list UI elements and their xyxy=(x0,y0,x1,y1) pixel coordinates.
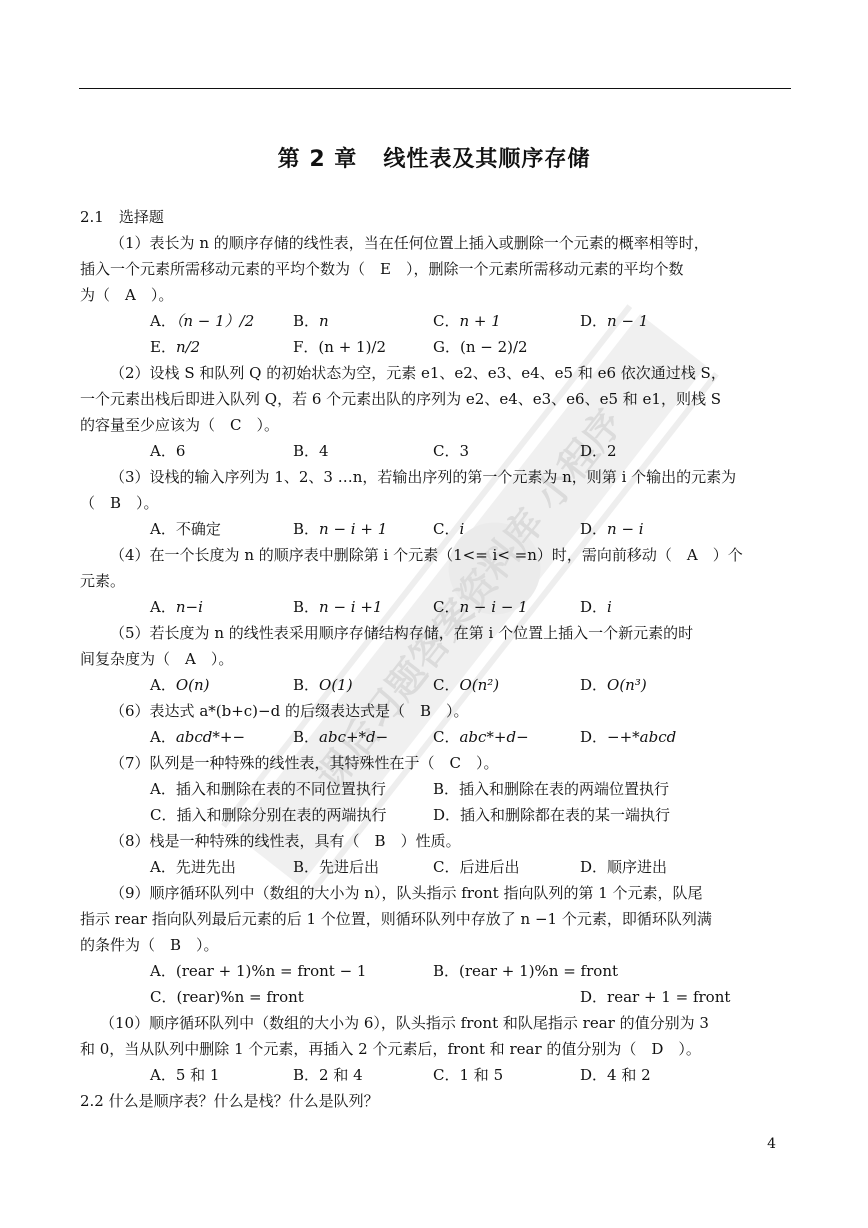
question-10-line-1: （10）顺序循环队列中（数组的大小为 6），队头指示 front 和队尾指示 r… xyxy=(100,1013,709,1033)
question-3-line-1: （3）设栈的输入序列为 1、2、3 …n，若输出序列的第一个元素为 n，则第 i… xyxy=(110,467,736,487)
question-2-line-3: 的容量至少应该为（ C ）。 xyxy=(80,415,279,435)
option-a: A．n−i xyxy=(150,597,203,617)
question-1-line-3: 为（ A ）。 xyxy=(80,285,173,305)
option-b: B．abc+*d− xyxy=(293,727,388,747)
option-c: C．O(n²) xyxy=(433,675,499,695)
option-a: A．5 和 1 xyxy=(150,1065,219,1085)
option-b: B．O(1) xyxy=(293,675,353,695)
question-1-line-1: （1）表长为 n 的顺序存储的线性表，当在任何位置上插入或删除一个元素的概率相等… xyxy=(110,233,709,253)
option-b: B．先进后出 xyxy=(293,857,379,877)
option-c: C．(rear)%n = front xyxy=(150,987,304,1007)
option-b: B．n xyxy=(293,311,329,331)
option-d: D．n − i xyxy=(580,519,644,539)
option-d: D．n − 1 xyxy=(580,311,648,331)
option-d: D．i xyxy=(580,597,612,617)
option-c: C．n − i − 1 xyxy=(433,597,528,617)
question-2-line-2: 一个元素出栈后即进入队列 Q，若 6 个元素出队的序列为 e2、e4、e3、e6… xyxy=(80,389,721,409)
question-6-line-1: （6）表达式 a*(b+c)−d 的后缀表达式是（ B ）。 xyxy=(110,701,469,721)
option-a: A．（n − 1）/2 xyxy=(150,311,254,331)
option-c: C．n + 1 xyxy=(433,311,501,331)
option-d: D．rear + 1 = front xyxy=(580,987,730,1007)
option-c: C．i xyxy=(433,519,464,539)
question-2-line-1: （2）设栈 S 和队列 Q 的初始状态为空，元素 e1、e2、e3、e4、e5 … xyxy=(110,363,726,383)
option-d: D．插入和删除都在表的某一端执行 xyxy=(433,805,670,825)
page-number: 4 xyxy=(767,1136,776,1152)
option-a: A．6 xyxy=(150,441,185,461)
option-d: D．顺序进出 xyxy=(580,857,667,877)
option-a: A．(rear + 1)%n = front − 1 xyxy=(150,961,366,981)
question-9-line-1: （9）顺序循环队列中（数组的大小为 n），队头指示 front 指向队列的第 1… xyxy=(110,883,703,903)
chapter-number: 第 2 章 xyxy=(278,147,358,172)
option-a: A．O(n) xyxy=(150,675,210,695)
option-a: A．abcd*+− xyxy=(150,727,245,747)
option-b: B．n − i +1 xyxy=(293,597,382,617)
question-5-line-1: （5）若长度为 n 的线性表采用顺序存储结构存储，在第 i 个位置上插入一个新元… xyxy=(110,623,693,643)
question-10-line-2: 和 0，当从队列中删除 1 个元素，再插入 2 个元素后，front 和 rea… xyxy=(80,1039,701,1059)
question-7-line-1: （7）队列是一种特殊的线性表，其特殊性在于（ C ）。 xyxy=(110,753,499,773)
option-d: D．−+*abcd xyxy=(580,727,676,747)
question-9-line-2: 指示 rear 指向队列最后元素的后 1 个位置，则循环队列中存放了 n −1 … xyxy=(80,909,712,929)
option-b: B．n − i + 1 xyxy=(293,519,387,539)
question-8-line-1: （8）栈是一种特殊的线性表，具有（ B ）性质。 xyxy=(110,831,461,851)
question-4-line-2: 元素。 xyxy=(80,571,125,591)
option-e: E．n/2 xyxy=(150,337,200,357)
question-5-line-2: 间复杂度为（ A ）。 xyxy=(80,649,233,669)
chapter-title: 第 2 章线性表及其顺序存储 xyxy=(0,142,868,173)
question-4-line-1: （4）在一个长度为 n 的顺序表中删除第 i 个元素（1<= i< =n）时，需… xyxy=(110,545,743,565)
option-b: B．4 xyxy=(293,441,329,461)
option-b: B．2 和 4 xyxy=(293,1065,363,1085)
option-a: A．插入和删除在表的不同位置执行 xyxy=(150,779,386,799)
chapter-name: 线性表及其顺序存储 xyxy=(383,147,590,172)
header-rule xyxy=(79,88,791,89)
option-c: C．abc*+d− xyxy=(433,727,529,747)
option-f: F．(n + 1)/2 xyxy=(293,337,386,357)
section-heading-2-2: 2.2 什么是顺序表？什么是栈？什么是队列？ xyxy=(80,1091,379,1111)
section-heading-2-1: 2.1 选择题 xyxy=(80,207,164,227)
option-c: C．1 和 5 xyxy=(433,1065,503,1085)
option-a: A．先进先出 xyxy=(150,857,236,877)
option-d: D．2 xyxy=(580,441,617,461)
question-1-line-2: 插入一个元素所需移动元素的平均个数为（ E ），删除一个元素所需移动元素的平均个… xyxy=(80,259,683,279)
option-c: C．3 xyxy=(433,441,469,461)
option-g: G．(n − 2)/2 xyxy=(433,337,528,357)
option-d: D．4 和 2 xyxy=(580,1065,651,1085)
option-c: C．后进后出 xyxy=(433,857,520,877)
option-c: C．插入和删除分别在表的两端执行 xyxy=(150,805,387,825)
question-9-line-3: 的条件为（ B ）。 xyxy=(80,935,219,955)
option-d: D．O(n³) xyxy=(580,675,647,695)
option-a: A．不确定 xyxy=(150,519,221,539)
option-b: B．(rear + 1)%n = front xyxy=(433,961,618,981)
option-b: B．插入和删除在表的两端位置执行 xyxy=(433,779,669,799)
question-3-line-2: （ B ）。 xyxy=(80,493,159,513)
